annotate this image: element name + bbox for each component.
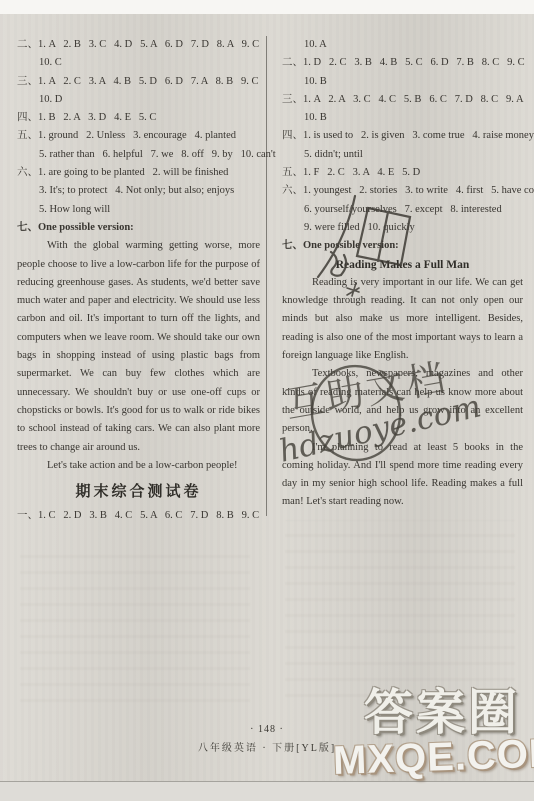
answer-line: 四、1. B 2. A 3. D 4. E 5. C (17, 109, 260, 127)
answer-line: 10. C (17, 54, 260, 72)
answer-line: 四、1. is used to 2. is given 3. come true… (282, 127, 523, 145)
answer-line: 一、1. C 2. D 3. B 4. C 5. A 6. C 7. D 8. … (17, 507, 260, 525)
left-column: 二、1. A 2. B 3. C 4. D 5. A 6. D 7. D 8. … (17, 36, 260, 525)
mxqe-watermark: MXQE.COM (332, 733, 534, 781)
answer-line: 10. B (282, 73, 523, 91)
essay-paragraph: Textbooks, newspapers, magazines and oth… (282, 365, 523, 438)
answer-line: 6. yourself/yourselves 7. except 8. inte… (282, 201, 523, 219)
essay-paragraph: Let's take action and be a low-carbon pe… (17, 457, 260, 475)
answer-line: 二、1. A 2. B 3. C 4. D 5. A 6. D 7. D 8. … (17, 36, 260, 54)
essay-paragraph: Reading is very important in our life. W… (282, 274, 523, 365)
essay-paragraph: With the global warming getting worse, m… (17, 237, 260, 457)
answer-line: 3. It's; to protect 4. Not only; but als… (17, 182, 260, 200)
answer-line: 五、1. F 2. C 3. A 4. E 5. D (282, 164, 523, 182)
answer-line: 5. didn't; until (282, 146, 523, 164)
scan-top-margin (0, 0, 534, 14)
column-divider (266, 36, 267, 516)
answer-line: 5. How long will (17, 201, 260, 219)
scanned-answer-page: 二、1. A 2. B 3. C 4. D 5. A 6. D 7. D 8. … (0, 0, 534, 801)
right-column: 10. A 二、1. D 2. C 3. B 4. B 5. C 6. D 7.… (282, 36, 523, 512)
section-label: One possible version: (38, 222, 134, 233)
section-prefix: 七、 (282, 240, 303, 251)
answer-line: 10. D (17, 91, 260, 109)
daanquan-logo: 答案圈 (364, 688, 520, 737)
one-possible-version-label: 七、One possible version: (17, 219, 260, 237)
essay-title: Reading Makes a Full Man (282, 256, 523, 274)
section-label: One possible version: (303, 240, 399, 251)
answer-line: 二、1. D 2. C 3. B 4. B 5. C 6. D 7. B 8. … (282, 54, 523, 72)
section-heading-final-exam: 期末综合测试卷 (17, 483, 260, 501)
answer-line: 三、1. A 2. A 3. C 4. C 5. B 6. C 7. D 8. … (282, 91, 523, 109)
answer-line: 三、1. A 2. C 3. A 4. B 5. D 6. D 7. A 8. … (17, 73, 260, 91)
section-prefix: 七、 (17, 222, 38, 233)
answer-line: 六、1. are going to be planted 2. will be … (17, 164, 260, 182)
answer-line: 10. A (282, 36, 523, 54)
answer-line: 五、1. ground 2. Unless 3. encourage 4. pl… (17, 127, 260, 145)
answer-line: 5. rather than 6. helpful 7. we 8. off 9… (17, 146, 260, 164)
scan-bottom-margin (0, 781, 534, 801)
essay-paragraph: I'm planning to read at least 5 books in… (282, 439, 523, 512)
one-possible-version-label: 七、One possible version: (282, 237, 523, 255)
answer-line: 9. were filled 10. quickly (282, 219, 523, 237)
answer-line: 六、1. youngest 2. stories 3. to write 4. … (282, 182, 523, 200)
answer-line: 10. B (282, 109, 523, 127)
